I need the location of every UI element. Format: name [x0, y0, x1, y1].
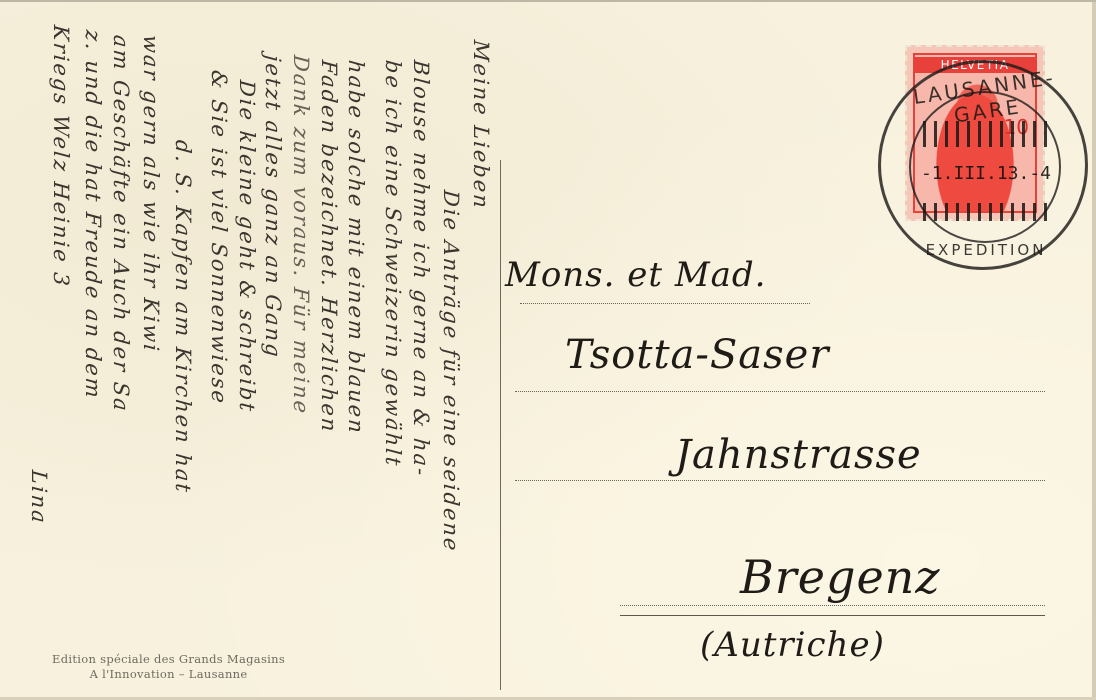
- postcard-back: Meine Lieben Die Anträge für eine seiden…: [0, 0, 1096, 700]
- message-line: z. und die hat Freude an dem: [82, 29, 103, 400]
- message-line: Meine Lieben: [470, 39, 491, 210]
- message-line: Kriegs Welz Heinie 3: [50, 24, 71, 288]
- address-rule: [515, 480, 1045, 481]
- message-line: war gern als wie ihr Kiwi: [140, 34, 161, 353]
- message-line: Dank zum voraus. Für meine: [290, 54, 311, 415]
- address-rule: [520, 303, 810, 304]
- postmark: LAUSANNE-GARE -1.III.13.-4 EXPEDITION: [878, 60, 1088, 270]
- message-line: habe solche mit einem blauen: [345, 59, 366, 435]
- center-divider: [500, 160, 501, 690]
- message-line: & Sie ist viel Sonnenwiese: [208, 69, 229, 405]
- postmark-expedition: EXPEDITION: [881, 241, 1091, 259]
- address-rule: [515, 391, 1045, 392]
- message-line: Faden bezeichnet. Herzlichen: [318, 59, 339, 434]
- message-line: d. S. Kapfen am Kirchen hat: [172, 139, 193, 494]
- address-line-1: Mons. et Mad.: [505, 255, 767, 295]
- message-signature: Lina: [28, 469, 49, 525]
- imprint-line-1: Edition spéciale des Grands Magasins: [52, 652, 285, 667]
- message-line: Die kleine geht & schreibt: [236, 79, 257, 413]
- address-line-4: Bregenz: [740, 550, 941, 604]
- message-line: am Geschäfte ein Auch der Sa: [110, 34, 131, 413]
- address-line-2: Tsotta-Saser: [565, 332, 829, 378]
- postmark-date: -1.III.13.-4: [881, 163, 1091, 184]
- message-line: be ich eine Schweizerin gewählt: [382, 59, 403, 468]
- message-line: Die Anträge für eine seidene: [440, 189, 461, 553]
- address-line-5: (Autriche): [700, 625, 885, 665]
- address-line-3: Jahnstrasse: [675, 432, 922, 478]
- imprint-line-2: A l'Innovation – Lausanne: [52, 667, 285, 682]
- address-rule: [620, 605, 1045, 606]
- address-rule-solid: [620, 615, 1045, 616]
- postmark-bars-icon: [923, 203, 1053, 221]
- publisher-imprint: Edition spéciale des Grands Magasins A l…: [52, 652, 285, 682]
- message-line: jetzt alles ganz an Gang: [262, 54, 283, 359]
- message-line: Blouse nehme ich gerne an & ha-: [410, 59, 431, 478]
- postmark-bars-icon: [923, 121, 1053, 147]
